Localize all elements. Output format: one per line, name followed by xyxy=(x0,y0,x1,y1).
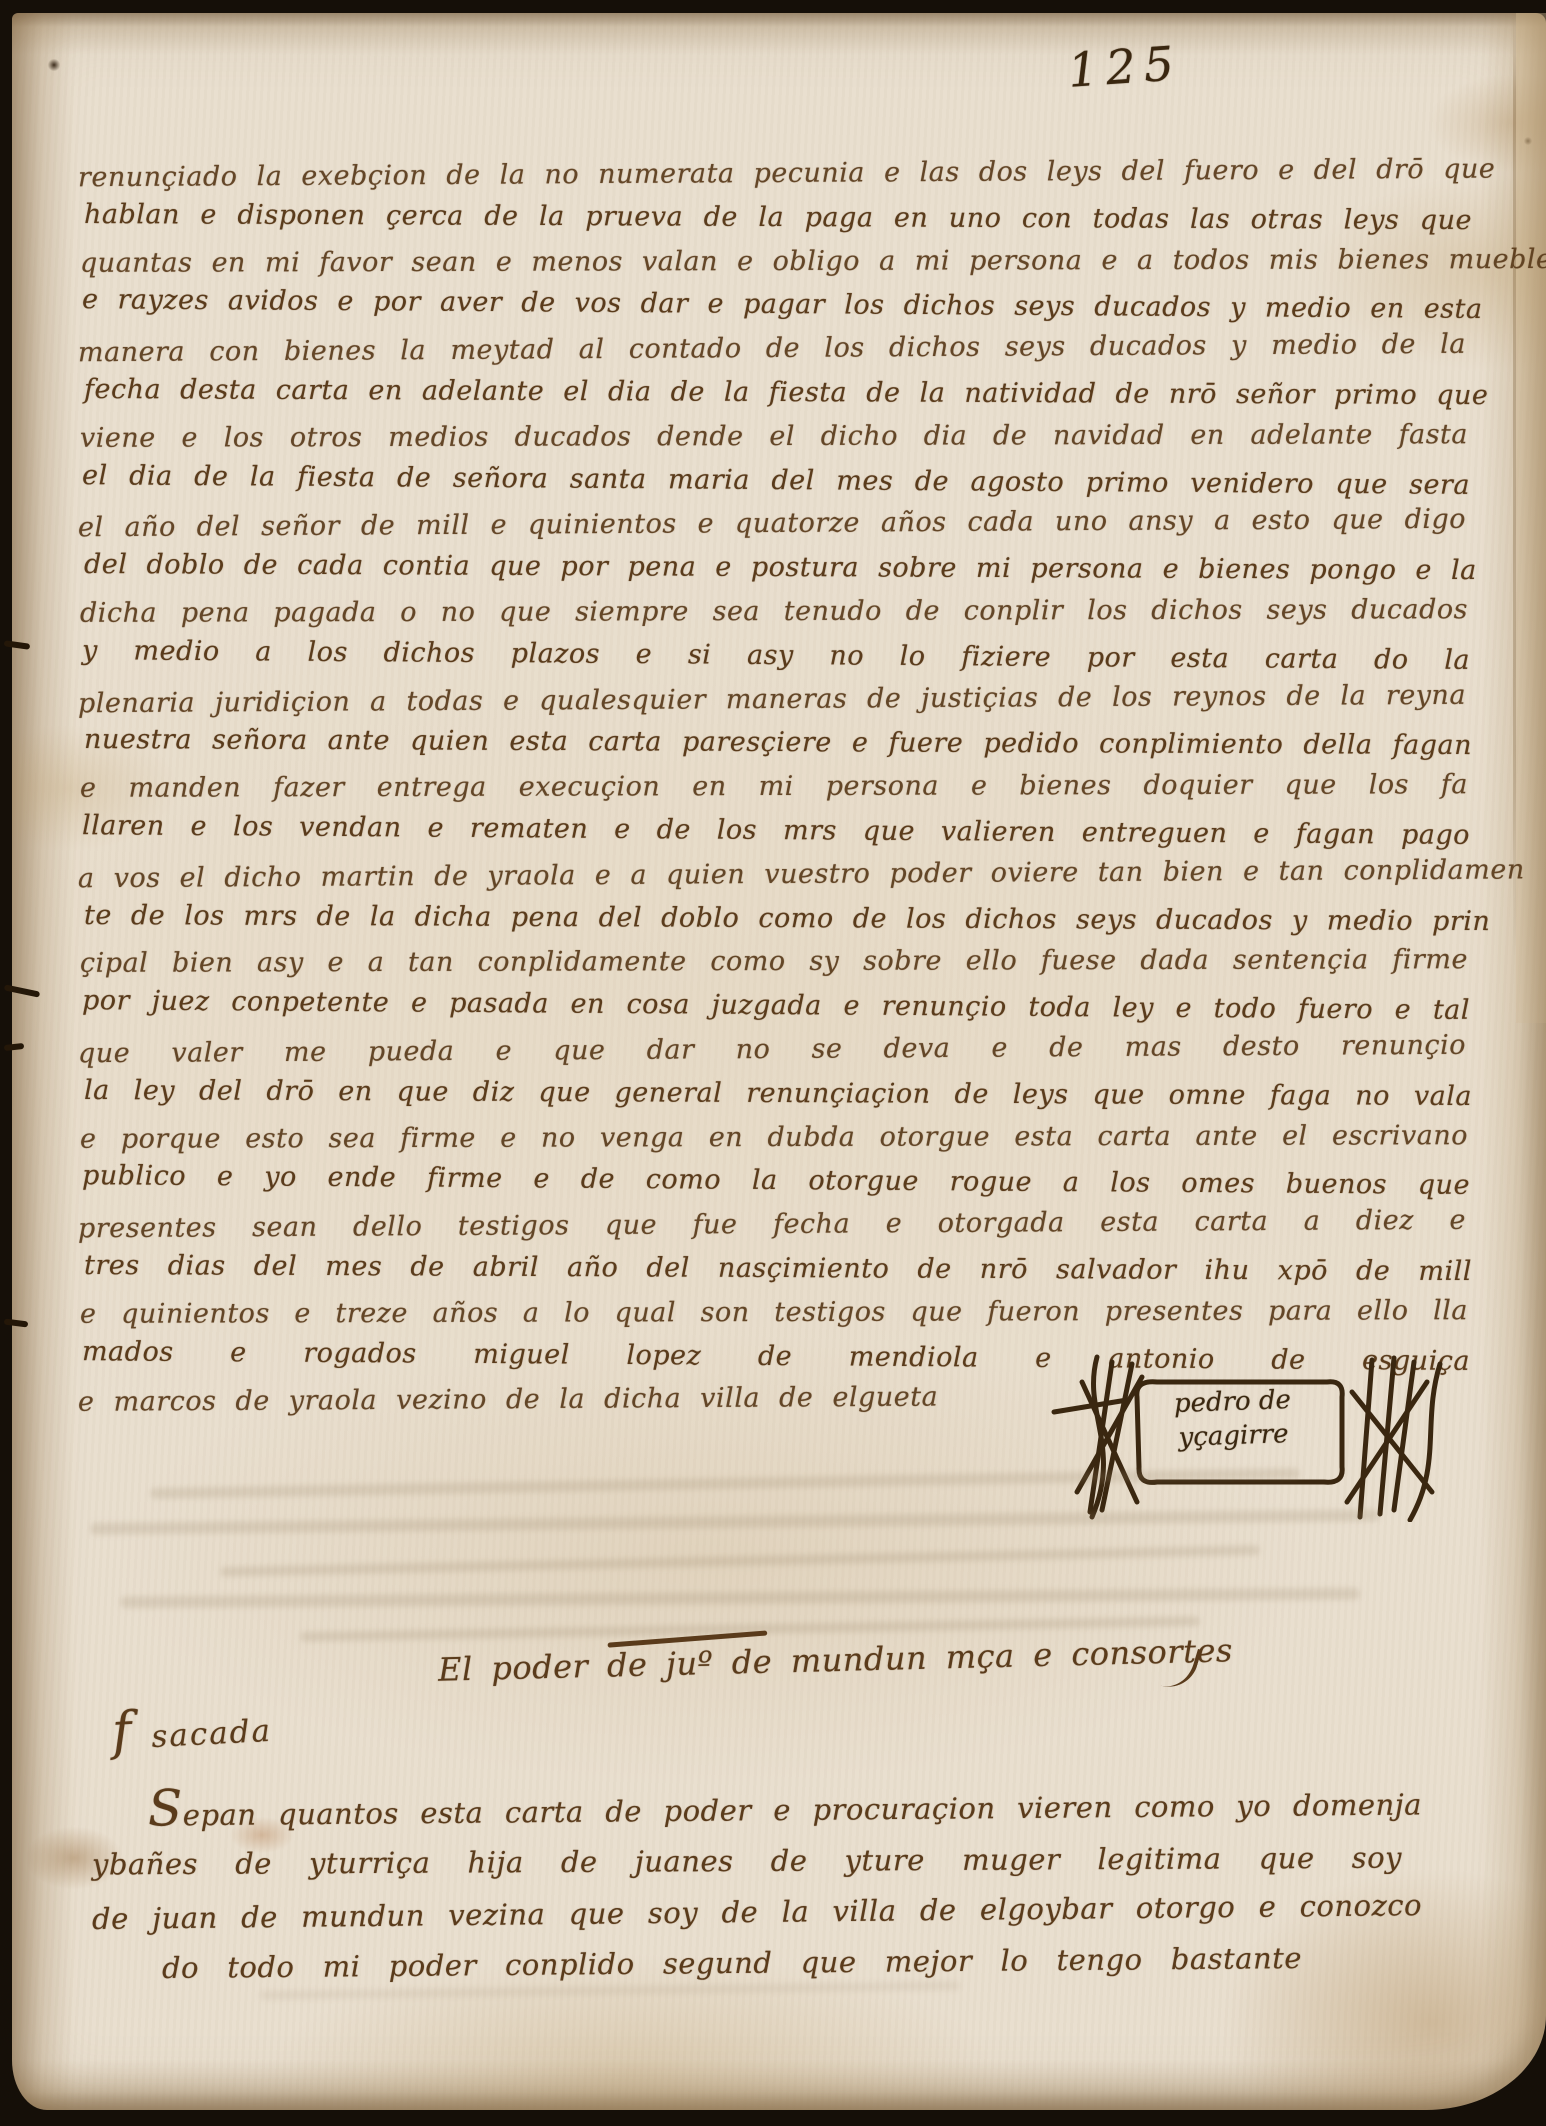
folio-number: 125 xyxy=(1066,36,1183,99)
text-line: nuestra señora ante quien esta carta par… xyxy=(84,718,1472,768)
text-line: la ley del drō en que diz que general re… xyxy=(84,1069,1472,1119)
manuscript-scan: 125 renunçiado la exebçion de la no nume… xyxy=(0,0,1546,2126)
text-line: tres dias del mes de abril año del nasçi… xyxy=(84,1244,1472,1294)
text-line: renunçiado la exebçion de la no numerata… xyxy=(78,148,1466,200)
text-line: e quinientos e treze años a lo qual son … xyxy=(80,1289,1468,1336)
text-line: Sepan quantos esta carta de poder e proc… xyxy=(148,1772,1422,1841)
text-line: plenaria juridiçion a todas e qualesquie… xyxy=(78,673,1466,725)
text-line: quantas en mi favor sean e menos valan e… xyxy=(80,238,1468,285)
text-line: e porque esto sea firme e no venga en du… xyxy=(80,1114,1468,1161)
text-line: çipal bien asy e a tan conplidamente com… xyxy=(80,939,1468,986)
main-text-block: renunçiado la exebçion de la no numerata… xyxy=(78,152,1466,1422)
text-line: a vos el dicho martin de yraola e a quie… xyxy=(78,849,1466,901)
text-line: que valer me pueda e que dar no se deva … xyxy=(78,1024,1466,1076)
text-line: e marcos de yraola vezino de la dicha vi… xyxy=(78,1376,998,1425)
lower-text-block: Sepan quantos esta carta de poder e proc… xyxy=(92,1778,1422,1989)
text-line: do todo mi poder conplido segund que mej… xyxy=(162,1933,1302,1994)
text-line: presentes sean dello testigos que fue fe… xyxy=(78,1199,1466,1251)
text-line: el año del señor de mill e quinientos e … xyxy=(78,498,1466,550)
text-line: fecha desta carta en adelante el dia de … xyxy=(84,368,1472,418)
text-line: viene e los otros medios ducados dende e… xyxy=(80,413,1468,460)
text-line: te de los mrs de la dicha pena del doblo… xyxy=(84,894,1472,944)
text-line: dicha pena pagada o no que siempre sea t… xyxy=(80,588,1468,635)
text-line: hablan e disponen çerca de la prueva de … xyxy=(84,193,1472,243)
page-fold-crease xyxy=(1513,16,1516,956)
text-line: del doblo de cada contia que por pena e … xyxy=(84,543,1472,593)
text-line: e manden fazer entrega execuçion en mi p… xyxy=(80,763,1468,810)
notary-rubric: pedro de yçagirre xyxy=(1147,1382,1319,1456)
rubric-name-line: yçagirre xyxy=(1148,1416,1319,1456)
text-line: manera con bienes la meytad al contado d… xyxy=(78,323,1466,375)
margin-note: f sacada xyxy=(111,1694,274,1762)
